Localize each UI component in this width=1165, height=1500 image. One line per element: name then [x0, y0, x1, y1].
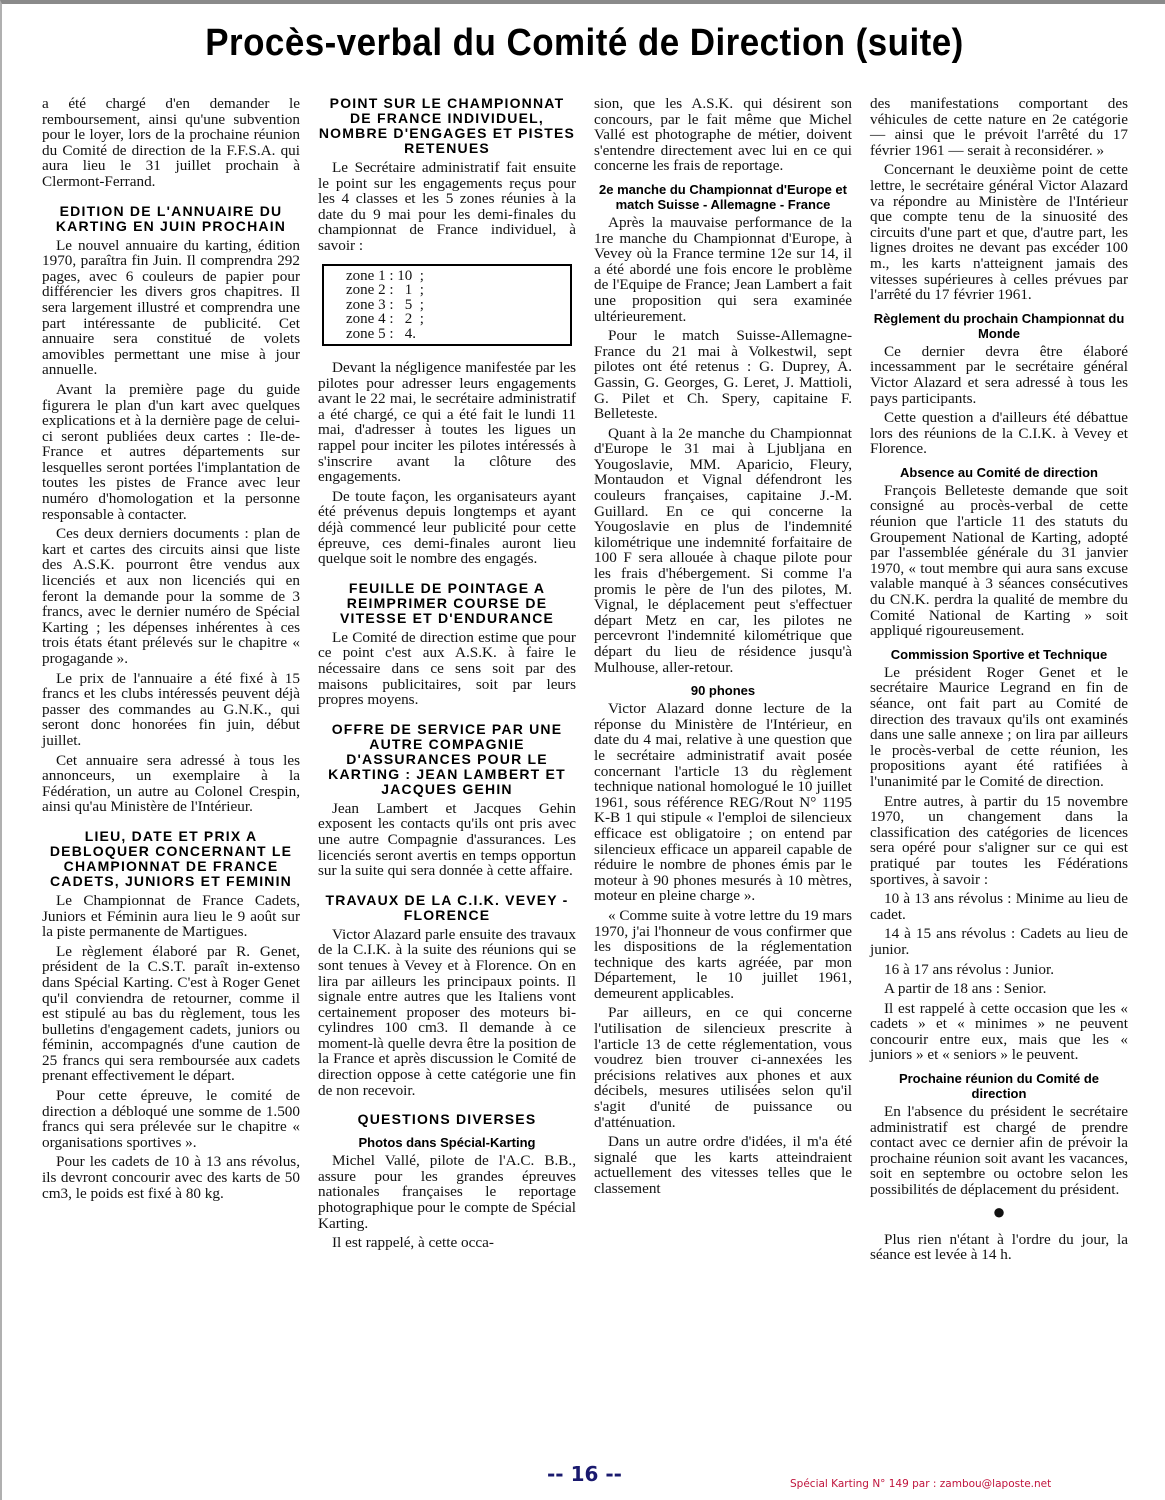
subsection-heading: 90 phones [594, 683, 852, 698]
paragraph: Victor Alazard parle ensuite des travaux… [318, 927, 576, 1099]
paragraph: 16 à 17 ans révolus : Junior. [870, 962, 1128, 978]
zone-count-row: zone 5 : 4. [346, 327, 570, 342]
paragraph: 10 à 13 ans révolus : Minime au lieu de … [870, 891, 1128, 922]
paragraph: Devant la négligence manifestée par les … [318, 360, 576, 485]
paragraph: Cet annuaire sera adressé à tous les ann… [42, 753, 300, 815]
paragraph: Avant la première page du guide figurera… [42, 382, 300, 522]
page-title: Procès-verbal du Comité de Direction (su… [49, 22, 1121, 65]
subsection-heading: Commission Sportive et Technique [870, 647, 1128, 662]
subsection-heading: Prochaine réunion du Comité de direction [870, 1071, 1128, 1101]
paragraph: En l'absence du président le secrétaire … [870, 1104, 1128, 1198]
paragraph: A partir de 18 ans : Senior. [870, 981, 1128, 997]
page-number: -- 16 -- [547, 1462, 622, 1486]
paragraph: Jean Lambert et Jacques Gehin exposent l… [318, 801, 576, 879]
zone-count-row: zone 2 : 1 ; [346, 283, 570, 298]
zone-count-row: zone 3 : 5 ; [346, 298, 570, 313]
document-page: Procès-verbal du Comité de Direction (su… [0, 0, 1165, 1500]
paragraph: a été chargé d'en demander le remboursem… [42, 96, 300, 190]
paragraph: Michel Vallé, pilote de l'A.C. B.B., ass… [318, 1153, 576, 1231]
paragraph: Pour les cadets de 10 à 13 ans révolus, … [42, 1154, 300, 1201]
paragraph: Il est rappelé, à cette occa- [318, 1235, 576, 1251]
paragraph: Le président Roger Genet et le secrétair… [870, 665, 1128, 790]
bullet-separator: ● [870, 1202, 1128, 1222]
paragraph: Par ailleurs, en ce qui concerne l'utili… [594, 1005, 852, 1130]
section-heading: QUESTIONS DIVERSES [318, 1112, 576, 1127]
paragraph: des manifestations comportant des véhicu… [870, 96, 1128, 158]
column-1: a été chargé d'en demander le remboursem… [42, 96, 300, 1205]
paragraph: Le Championnat de France Cadets, Juniors… [42, 893, 300, 940]
paragraph: Concernant le deuxième point de cette le… [870, 162, 1128, 302]
zone-count-row: zone 1 : 10 ; [346, 269, 570, 284]
paragraph: Dans un autre ordre d'idées, il m'a été … [594, 1134, 852, 1196]
paragraph: « Comme suite à votre lettre du 19 mars … [594, 908, 852, 1002]
paragraph: François Belleteste demande que soit con… [870, 483, 1128, 639]
scan-credit: Spécial Karting N° 149 par : zambou@lapo… [790, 1478, 1051, 1490]
subsection-heading: Absence au Comité de direction [870, 465, 1128, 480]
paragraph: Après la mauvaise performance de la 1re … [594, 215, 852, 324]
section-heading: TRAVAUX DE LA C.I.K. VEVEY - FLORENCE [318, 893, 576, 923]
column-4: des manifestations comportant des véhicu… [870, 96, 1128, 1267]
zone-count-row: zone 4 : 2 ; [346, 312, 570, 327]
section-heading: EDITION DE L'ANNUAIRE DU KARTING EN JUIN… [42, 204, 300, 234]
paragraph: Quant à la 2e manche du Championnat d'Eu… [594, 426, 852, 676]
column-3: sion, que les A.S.K. qui désirent son co… [594, 96, 852, 1201]
paragraph: Pour cette épreuve, le comité de directi… [42, 1088, 300, 1150]
section-heading: FEUILLE DE POINTAGE A REIMPRIMER COURSE … [318, 581, 576, 626]
paragraph: Victor Alazard donne lecture de la répon… [594, 701, 852, 904]
paragraph: De toute façon, les organisateurs ayant … [318, 489, 576, 567]
paragraph: sion, que les A.S.K. qui désirent son co… [594, 96, 852, 174]
paragraph: Le Secrétaire administratif fait ensuite… [318, 160, 576, 254]
subsection-heading: Photos dans Spécial-Karting [318, 1135, 576, 1150]
section-heading: LIEU, DATE ET PRIX A DEBLOQUER CONCERNAN… [42, 829, 300, 889]
paragraph: Plus rien n'étant à l'ordre du jour, la … [870, 1232, 1128, 1263]
paragraph: Il est rappelé à cette occasion que les … [870, 1001, 1128, 1063]
paragraph: Le prix de l'annuaire a été fixé à 15 fr… [42, 671, 300, 749]
column-2: POINT SUR LE CHAMPIONNAT DE FRANCE INDIV… [318, 96, 576, 1255]
paragraph: Pour le match Suisse-Allemagne-France du… [594, 328, 852, 422]
zone-count-box: zone 1 : 10 ;zone 2 : 1 ;zone 3 : 5 ;zon… [322, 264, 572, 347]
section-heading: POINT SUR LE CHAMPIONNAT DE FRANCE INDIV… [318, 96, 576, 156]
paragraph: Entre autres, à partir du 15 novembre 19… [870, 794, 1128, 888]
paragraph: Le règlement élaboré par R. Genet, prési… [42, 944, 300, 1084]
paragraph: Ce dernier devra être élaboré incessamme… [870, 344, 1128, 406]
subsection-heading: 2e manche du Championnat d'Europe et mat… [594, 182, 852, 212]
paragraph: 14 à 15 ans révolus : Cadets au lieu de … [870, 926, 1128, 957]
paragraph: Le nouvel annuaire du karting, édition 1… [42, 238, 300, 378]
paragraph: Ces deux derniers documents : plan de ka… [42, 526, 300, 666]
paragraph: Le Comité de direction estime que pour c… [318, 630, 576, 708]
subsection-heading: Règlement du prochain Championnat du Mon… [870, 311, 1128, 341]
paragraph: Cette question a d'ailleurs été débattue… [870, 410, 1128, 457]
section-heading: OFFRE DE SERVICE PAR UNE AUTRE COMPAGNIE… [318, 722, 576, 797]
